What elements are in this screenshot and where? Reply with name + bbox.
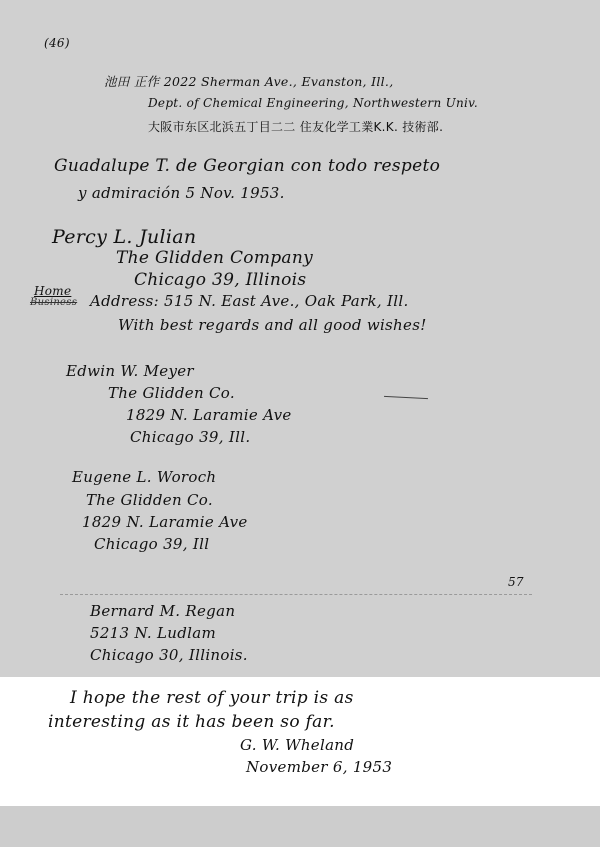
entry-line: The Glidden Co. <box>86 491 213 509</box>
entry-line: 5213 N. Ludlam <box>90 624 216 642</box>
entry-line: 大阪市东区北浜五丁目二二 住友化学工業K.K. 技術部. <box>148 118 443 135</box>
entry-line: 1829 N. Laramie Ave <box>82 513 248 531</box>
entry-line: Address: 515 N. East Ave., Oak Park, Ill… <box>90 292 409 310</box>
signature-date: November 6, 1953 <box>246 758 392 776</box>
entry-line: Edwin W. Meyer <box>66 362 194 380</box>
entry-line: Percy L. Julian <box>52 226 196 248</box>
home-label: Home <box>34 284 71 298</box>
entry-line: The Glidden Company <box>116 248 313 268</box>
entry-line: Dept. of Chemical Engineering, Northwest… <box>148 96 478 110</box>
entry-line: Chicago 39, Ill. <box>130 428 250 446</box>
entry-line: Eugene L. Woroch <box>72 468 216 486</box>
entry-line: Guadalupe T. de Georgian con todo respet… <box>54 156 440 176</box>
entry-line: The Glidden Co. <box>108 384 235 402</box>
entry-line: 1829 N. Laramie Ave <box>126 406 292 424</box>
entry-line: y admiración 5 Nov. 1953. <box>78 184 285 202</box>
entry-line: Bernard M. Regan <box>90 602 235 620</box>
entry-line: Chicago 30, Illinois. <box>90 646 248 664</box>
entry-line: Chicago 39, Ill <box>94 535 209 553</box>
signature: G. W. Wheland <box>240 736 354 754</box>
entry-line: With best regards and all good wishes! <box>118 316 427 334</box>
struck-business-label: Business <box>30 297 77 308</box>
entry-line: I hope the rest of your trip is as <box>70 688 354 708</box>
entry-line: Chicago 39, Illinois <box>134 270 306 290</box>
entry-line: interesting as it has been so far. <box>48 712 335 732</box>
page-number-label: (46) <box>44 36 70 50</box>
corner-page-number: 57 <box>508 575 524 589</box>
entry-line: 池田 正作 2022 Sherman Ave., Evanston, Ill., <box>104 72 393 90</box>
page-fold-line <box>60 594 532 595</box>
